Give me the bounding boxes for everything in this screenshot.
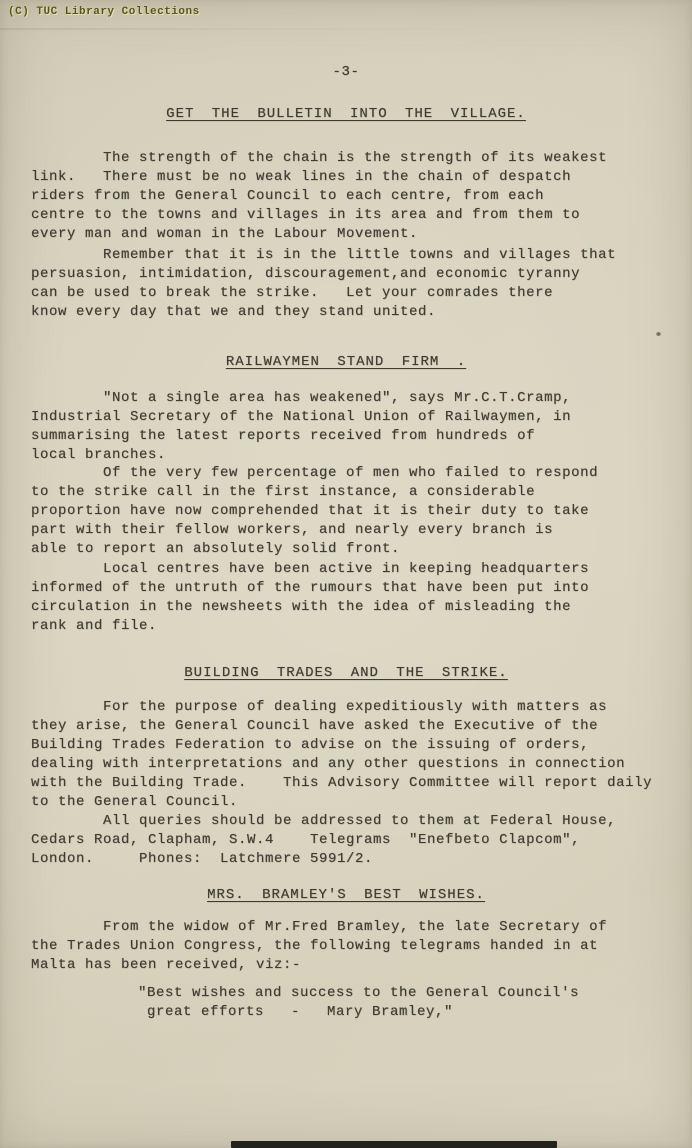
paper-crease [0,28,692,30]
section-heading-building-trades: BUILDING TRADES AND THE STRIKE. [0,664,692,683]
telegram-quote: "Best wishes and success to the General … [138,984,579,1022]
paragraph: Local centres have been active in keepin… [31,560,589,636]
scan-edge-artifact [231,1141,557,1148]
paragraph: Of the very few percentage of men who fa… [31,464,598,559]
paper-blemish [656,332,661,336]
scanned-document-page: (C) TUC Library Collections -3- GET THE … [0,0,692,1148]
paragraph: From the widow of Mr.Fred Bramley, the l… [31,918,607,975]
paragraph: "Not a single area has weakened", says M… [31,389,571,465]
section-heading-bulletin-village: GET THE BULLETIN INTO THE VILLAGE. [0,105,692,124]
section-heading-railwaymen: RAILWAYMEN STAND FIRM . [0,353,692,372]
paragraph: For the purpose of dealing expeditiously… [31,698,652,812]
page-number: -3- [0,63,692,82]
paragraph: All queries should be addressed to them … [31,812,616,869]
library-watermark: (C) TUC Library Collections [8,6,200,18]
section-heading-bramley-wishes: MRS. BRAMLEY'S BEST WISHES. [0,886,692,905]
paragraph: The strength of the chain is the strengt… [31,149,607,244]
paragraph: Remember that it is in the little towns … [31,246,616,322]
